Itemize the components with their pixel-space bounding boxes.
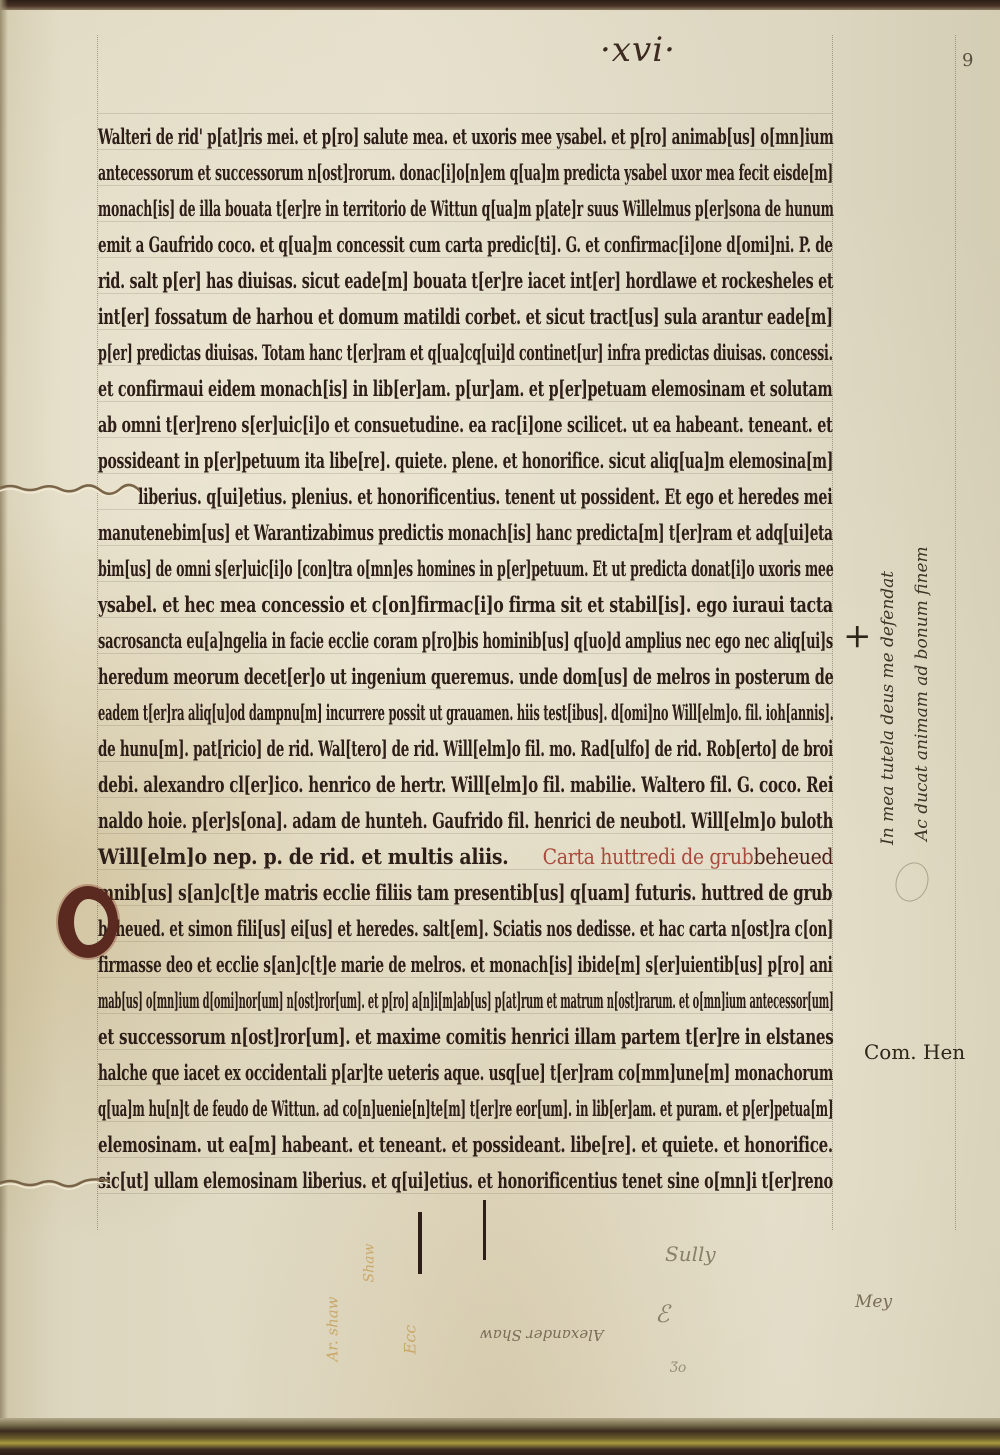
text-line: sacrosancta eu[a]ngelia in facie ecclie … bbox=[98, 628, 833, 653]
text-line: ab omni t[er]reno s[er]uic[i]o et consue… bbox=[98, 412, 832, 437]
text-line: emit a Gaufrido coco. et q[ua]m concessi… bbox=[98, 232, 833, 257]
binding-edge-top bbox=[0, 0, 1000, 10]
text-line: p[er] predictas diuisas. Totam hanc t[er… bbox=[98, 340, 833, 365]
probatio-pennae: Shaw bbox=[361, 1244, 377, 1283]
probatio-pennae: Ar. shaw bbox=[324, 1296, 342, 1361]
text-line: beheued. et simon fili[us] ei[us] et her… bbox=[98, 916, 833, 941]
marginal-cross-icon: + bbox=[843, 616, 872, 656]
text-line: mnib[us] s[an]c[t]e matris ecclie filiis… bbox=[98, 880, 832, 905]
manuscript-folio: ·xvi· 9 Walteri de rid' p[at]ris mei. et… bbox=[0, 0, 1000, 1455]
text-line: heredum meorum decet[er]o ut ingenium qu… bbox=[98, 664, 833, 689]
text-line: q[ua]m hu[n]t de feudo de Wittun. ad co[… bbox=[98, 1096, 833, 1121]
marginal-circle-mark bbox=[890, 858, 934, 907]
marginal-note-line-2: Ac ducat animam ad bonum finem bbox=[906, 546, 938, 841]
text-line-with-rubric: Will[elm]o nep. p. de rid. et multis ali… bbox=[98, 844, 833, 869]
gutter-shadow bbox=[0, 0, 8, 1455]
parchment-fold bbox=[0, 1176, 110, 1186]
text-line: et successorum n[ost]ror[um]. et maxime … bbox=[98, 1024, 834, 1049]
text-line: ysabel. et hec mea concessio et c[on]fir… bbox=[98, 592, 833, 617]
text-line: mab[us] o[mn]ium d[omi]nor[um] n[ost]ror… bbox=[98, 988, 834, 1013]
descender-flourish bbox=[418, 1212, 422, 1274]
text-line: naldo hoie. p[er]s[ona]. adam de hunteh.… bbox=[98, 808, 833, 833]
text-line: elemosinam. ut ea[m] habeant. et teneant… bbox=[98, 1132, 833, 1157]
probatio-pennae: Ecc bbox=[400, 1325, 419, 1355]
parchment-fold bbox=[0, 482, 140, 492]
rubric-heading: Carta huttredi de grub bbox=[543, 845, 754, 869]
probatio-pennae: Alexander Shaw bbox=[480, 1326, 604, 1344]
text-line: de hunu[m]. pat[ricio] de rid. Wal[tero]… bbox=[98, 736, 833, 761]
text-line: monach[is] de illa bouata t[er]re in ter… bbox=[98, 196, 834, 221]
text-line: Will[elm]o nep. p. de rid. et multis ali… bbox=[98, 844, 508, 869]
text-line: et confirmaui eidem monach[is] in lib[er… bbox=[98, 376, 832, 401]
text-line: halche que iacet ex occidentali p[ar]te … bbox=[98, 1060, 833, 1085]
probatio-pennae: ℰ bbox=[655, 1300, 670, 1328]
quire-mark: ·xvi· bbox=[600, 30, 676, 70]
marginal-note-line-1: In mea tutela deus me defendat bbox=[872, 571, 904, 845]
text-line: rid. salt p[er] has diuisas. sicut eade[… bbox=[98, 268, 833, 293]
probatio-pennae: Ʒo bbox=[670, 1360, 686, 1376]
text-line: firmasse deo et ecclie s[an]c[t]e marie … bbox=[98, 952, 833, 977]
marginal-note-com-hen: Com. Hen bbox=[864, 1040, 965, 1064]
descender-flourish bbox=[483, 1200, 486, 1260]
text-line: manutenebim[us] et Warantizabimus predic… bbox=[98, 520, 833, 545]
text-line: liberius. q[ui]etius. plenius. et honori… bbox=[138, 484, 832, 509]
text-line: eadem t[er]ra aliq[u]od dampnu[m] incurr… bbox=[98, 700, 833, 725]
text-line: possideant in p[er]petuum ita libe[re]. … bbox=[98, 448, 833, 473]
text-line: sic[ut] ullam elemosinam liberius. et q[… bbox=[98, 1168, 833, 1193]
binding-edge-bottom bbox=[0, 1418, 1000, 1455]
text-line: int[er] fossatum de harhou et domum mati… bbox=[98, 304, 833, 329]
folio-number: 9 bbox=[962, 50, 973, 71]
text-line: Walteri de rid' p[at]ris mei. et p[ro] s… bbox=[98, 124, 833, 149]
decorated-initial-o bbox=[58, 886, 118, 958]
text-line: antecessorum et successorum n[ost]rorum.… bbox=[98, 160, 833, 185]
text-line: bim[us] de omni s[er]uic[i]o [con]tra o[… bbox=[98, 556, 833, 581]
probatio-pennae: Sully bbox=[665, 1242, 716, 1266]
probatio-pennae: Mey bbox=[855, 1292, 892, 1312]
text-line: debi. alexandro cl[er]ico. henrico de he… bbox=[98, 772, 833, 797]
rubric-heading-continuation: beheued bbox=[753, 845, 833, 869]
